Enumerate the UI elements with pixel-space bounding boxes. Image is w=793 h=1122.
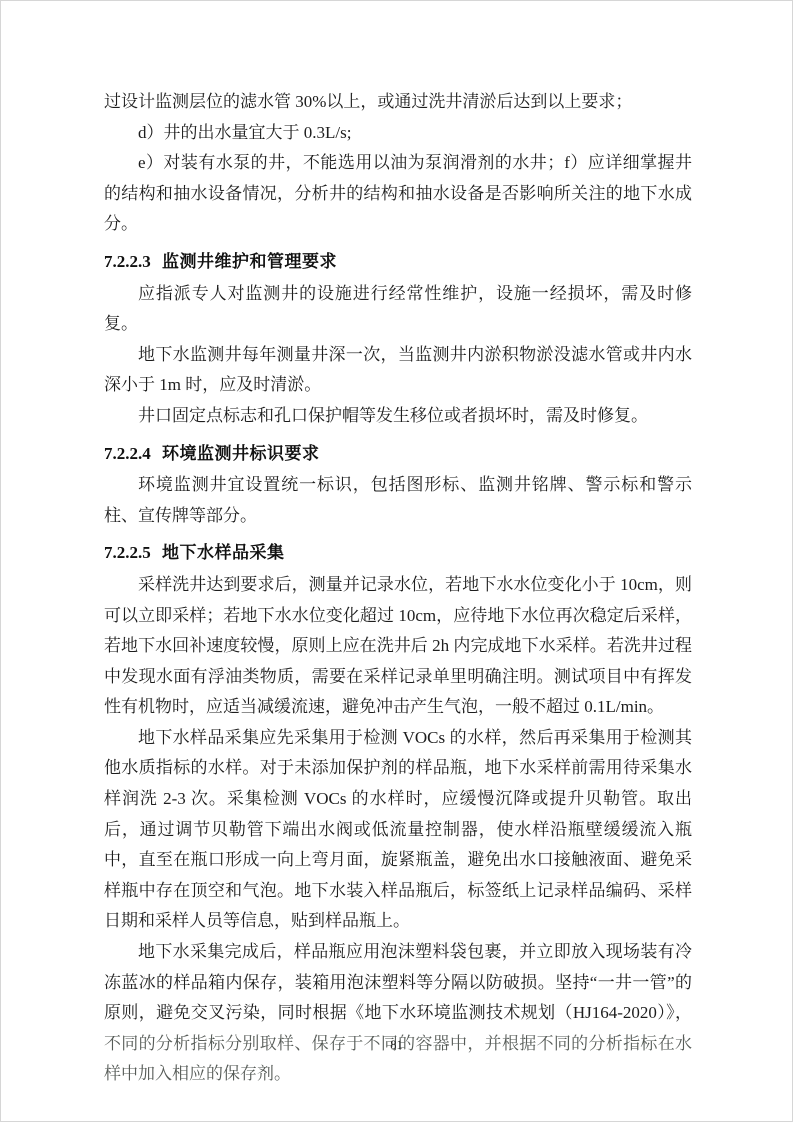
section-title: 地下水样品采集 [162, 543, 285, 562]
document-body: 过设计监测层位的滤水管 30%以上，或通过洗井清淤后达到以上要求； d）井的出水… [104, 87, 692, 1090]
list-item-d: d）井的出水量宜大于 0.3L/s; [104, 118, 692, 149]
section-heading-7.2.2.4: 7.2.2.4 环境监测井标识要求 [104, 439, 692, 470]
paragraph-text-normal: 地下水采集完成后，样品瓶应用泡沫塑料袋包裹，并立即放入现场装有冷冻蓝冰的样品箱内… [104, 942, 692, 1022]
paragraph-with-revision: 地下水采集完成后，样品瓶应用泡沫塑料袋包裹，并立即放入现场装有冷冻蓝冰的样品箱内… [104, 937, 692, 1090]
paragraph: 环境监测井宜设置统一标识，包括图形标、监测井铭牌、警示标和警示柱、宣传牌等部分。 [104, 470, 692, 531]
paragraph: 地下水监测井每年测量井深一次，当监测井内淤积物淤没滤水管或井内水深小于 1m 时… [104, 340, 692, 401]
section-heading-7.2.2.3: 7.2.2.3 监测井维护和管理要求 [104, 247, 692, 278]
document-page: 过设计监测层位的滤水管 30%以上，或通过洗井清淤后达到以上要求； d）井的出水… [0, 0, 793, 1122]
paragraph: 采样洗井达到要求后，测量并记录水位，若地下水水位变化小于 10cm，则可以立即采… [104, 570, 692, 723]
paragraph: 井口固定点标志和孔口保护帽等发生移位或者损坏时，需及时修复。 [104, 401, 692, 432]
section-number: 7.2.2.4 [104, 444, 151, 463]
list-item-e-f: e）对装有水泵的井，不能选用以油为泵润滑剂的水井；f）应详细掌握井的结构和抽水设… [104, 148, 692, 240]
paragraph-continuation: 过设计监测层位的滤水管 30%以上，或通过洗井清淤后达到以上要求； [104, 87, 692, 118]
section-number: 7.2.2.3 [104, 252, 151, 271]
paragraph: 地下水样品采集应先采集用于检测 VOCs 的水样，然后再采集用于检测其他水质指标… [104, 723, 692, 937]
section-heading-7.2.2.5: 7.2.2.5 地下水样品采集 [104, 538, 692, 569]
paragraph: 应指派专人对监测井的设施进行经常性维护，设施一经损坏，需及时修复。 [104, 279, 692, 340]
page-number: 81 [1, 1038, 792, 1053]
section-title: 监测井维护和管理要求 [162, 252, 337, 271]
section-number: 7.2.2.5 [104, 543, 151, 562]
section-title: 环境监测井标识要求 [162, 444, 320, 463]
